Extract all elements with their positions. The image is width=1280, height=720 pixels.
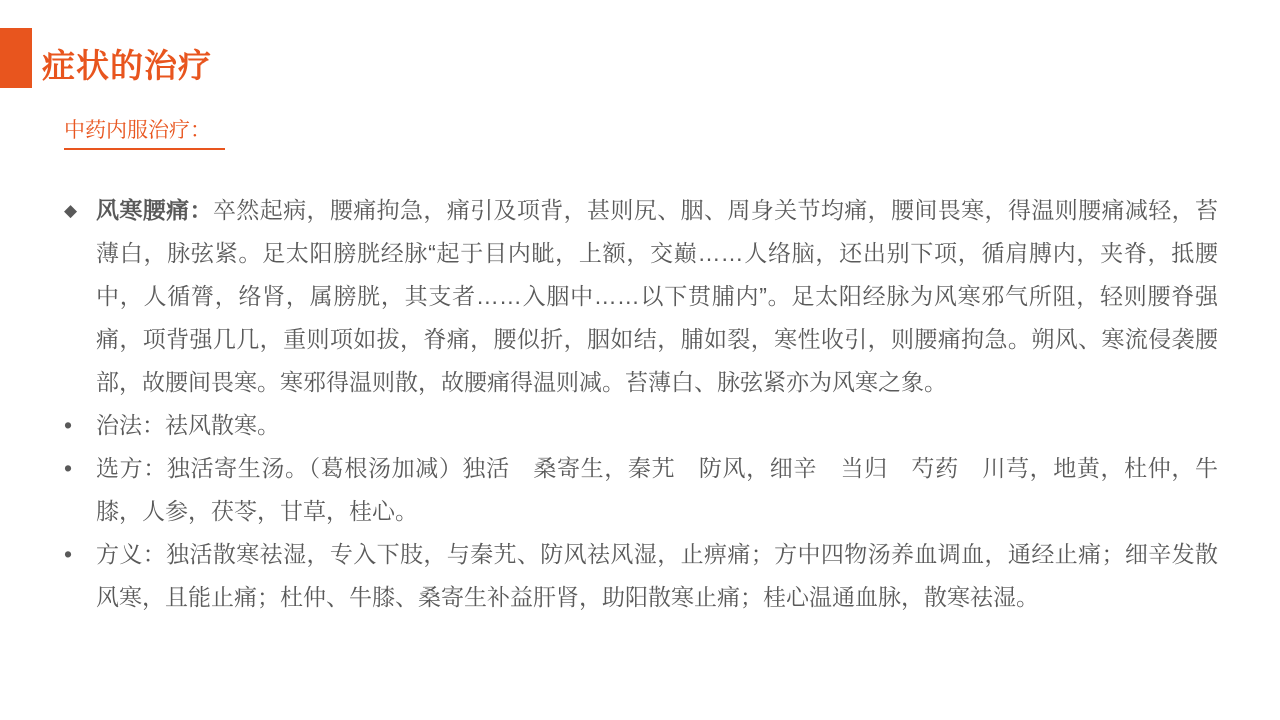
wind-cold-lumbago-label: 风寒腰痛： <box>96 197 213 223</box>
list-item-wind-cold-lumbago: ◆ 风寒腰痛：卒然起病，腰痛拘急，痛引及项背，甚则尻、胭、周身关节均痛，腰间畏寒… <box>64 189 1218 404</box>
diamond-bullet-icon: ◆ <box>64 189 96 232</box>
dot-bullet-icon: • <box>64 447 96 490</box>
page-title: 症状的治疗 <box>42 40 212 87</box>
list-item-formula-rationale: • 方义：独活散寒祛湿，专入下肢，与秦艽、防风祛风湿，止痹痛；方中四物汤养血调血… <box>64 533 1218 619</box>
slide: 症状的治疗 中药内服治疗： ◆ 风寒腰痛：卒然起病，腰痛拘急，痛引及项背，甚则尻… <box>0 0 1280 720</box>
list-item-prescription: • 选方：独活寄生汤。（葛根汤加减）独活 桑寄生，秦艽 防风，细辛 当归 芍药 … <box>64 447 1218 533</box>
treatment-method-text: 治法：祛风散寒。 <box>96 404 1218 447</box>
accent-square <box>0 28 32 88</box>
formula-rationale-text: 方义：独活散寒祛湿，专入下肢，与秦艽、防风祛风湿，止痹痛；方中四物汤养血调血，通… <box>96 533 1218 619</box>
body-content: ◆ 风寒腰痛：卒然起病，腰痛拘急，痛引及项背，甚则尻、胭、周身关节均痛，腰间畏寒… <box>64 189 1218 619</box>
dot-bullet-icon: • <box>64 404 96 447</box>
list-item-treatment-method: • 治法：祛风散寒。 <box>64 404 1218 447</box>
wind-cold-lumbago-text: 卒然起病，腰痛拘急，痛引及项背，甚则尻、胭、周身关节均痛，腰间畏寒，得温则腰痛减… <box>96 197 1218 395</box>
dot-bullet-icon: • <box>64 533 96 576</box>
wind-cold-lumbago-paragraph: 风寒腰痛：卒然起病，腰痛拘急，痛引及项背，甚则尻、胭、周身关节均痛，腰间畏寒，得… <box>96 189 1218 404</box>
section-subtitle: 中药内服治疗： <box>64 114 225 150</box>
prescription-text: 选方：独活寄生汤。（葛根汤加减）独活 桑寄生，秦艽 防风，细辛 当归 芍药 川芎… <box>96 447 1218 533</box>
